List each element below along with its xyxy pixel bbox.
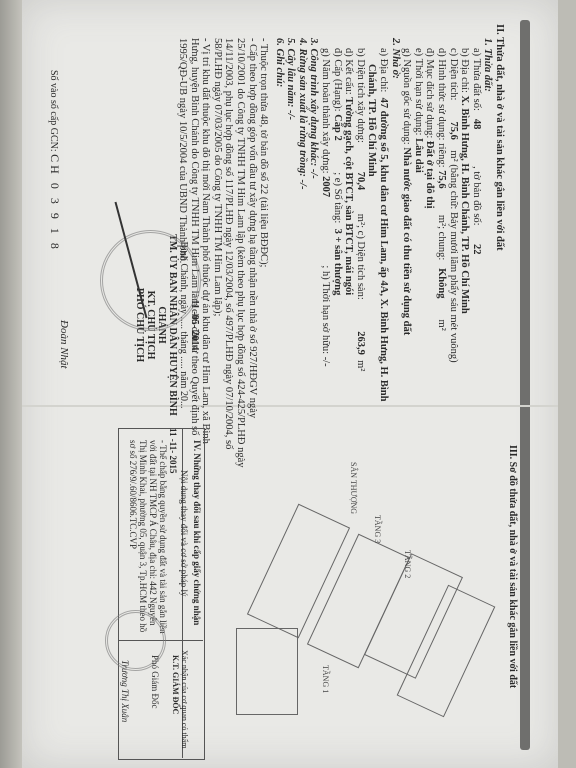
signer-name: Đoàn Nhật xyxy=(58,320,70,369)
binding-strip xyxy=(520,20,530,750)
bank-seal-icon xyxy=(105,610,166,671)
background-edge xyxy=(0,0,22,768)
note-item: - Cấp theo hợp đồng góp vốn đầu tư xây d… xyxy=(211,38,257,468)
coordinate-table xyxy=(236,628,298,715)
label-roof: SÂN THƯỢNG xyxy=(349,462,358,514)
note-item: - Thuộc trọn thửa 48, tờ bản đồ số 22 (t… xyxy=(258,38,270,468)
label-floor3: TẦNG 3 xyxy=(373,515,382,543)
official-seal-icon xyxy=(100,230,201,331)
land-heading: 1. Thửa đất: xyxy=(482,24,494,744)
registry-number: Số vào sổ cấp GCN: CH 0 3 9 1 8 xyxy=(47,70,62,252)
label-floor1: TẦNG 1 xyxy=(321,665,330,693)
section-iii-title: III. Sơ đồ thửa đất, nhà ở và tài sản kh… xyxy=(507,445,518,688)
col-content-header: Nội dung thay đổi và cơ sở pháp lý xyxy=(179,470,189,597)
col-confirm-header: Xác nhận của cơ quan có thẩm quyền xyxy=(180,650,189,750)
confirm-text: K.T. GIÁM ĐỐC xyxy=(171,655,180,714)
section-iv-title: IV. Những thay đổi sau khi cấp giấy chứn… xyxy=(192,440,202,625)
section-ii-title: II. Thửa đất, nhà ở và tài sản khác gắn … xyxy=(493,24,505,744)
label-floor2: TẦNG 2 xyxy=(403,550,412,578)
change-entry-date: 11 -11- 2015 xyxy=(168,428,178,474)
background-right xyxy=(558,0,576,768)
